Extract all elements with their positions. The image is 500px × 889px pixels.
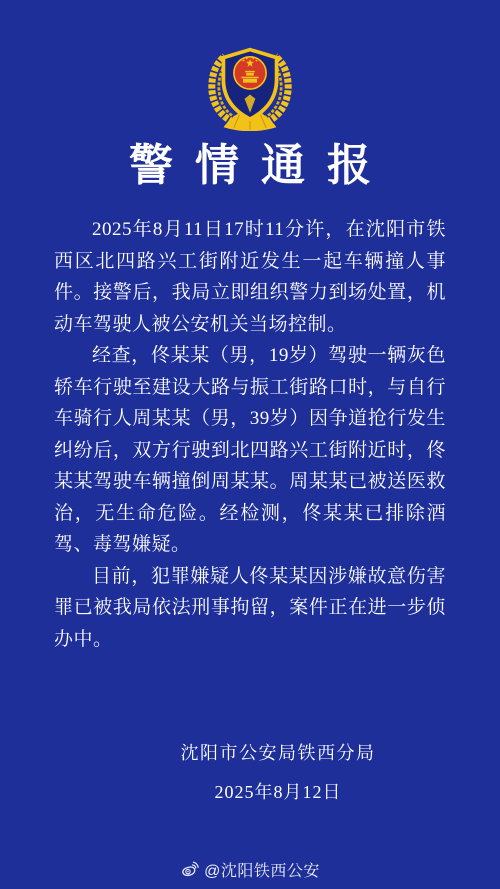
police-badge-icon <box>195 45 305 131</box>
police-notice-poster: 警情通报 2025年8月11日17时11分许，在沈阳市铁西区北四路兴工街附近发生… <box>0 0 500 889</box>
notice-title: 警情通报 <box>0 141 500 190</box>
notice-paragraph-2: 经查，佟某某（男，19岁）驾驶一辆灰色轿车行驶至建设大路与振工街路口时，与自行车… <box>54 340 446 561</box>
watermark: @沈阳铁西公安 <box>0 858 500 881</box>
weibo-icon <box>180 861 199 878</box>
notice-body: 2025年8月11日17时11分许，在沈阳市铁西区北四路兴工街附近发生一起车辆撞… <box>54 214 446 655</box>
notice-paragraph-3: 目前，犯罪嫌疑人佟某某因涉嫌故意伤害罪已被我局依法刑事拘留，案件正在进一步侦办中… <box>54 561 446 656</box>
issue-date: 2025年8月12日 <box>28 778 500 804</box>
signature-block: 沈阳市公安局铁西分局 2025年8月12日 <box>28 739 500 804</box>
watermark-handle: @沈阳铁西公安 <box>204 858 320 881</box>
issuing-agency: 沈阳市公安局铁西分局 <box>28 739 500 765</box>
notice-paragraph-1: 2025年8月11日17时11分许，在沈阳市铁西区北四路兴工街附近发生一起车辆撞… <box>54 214 446 340</box>
